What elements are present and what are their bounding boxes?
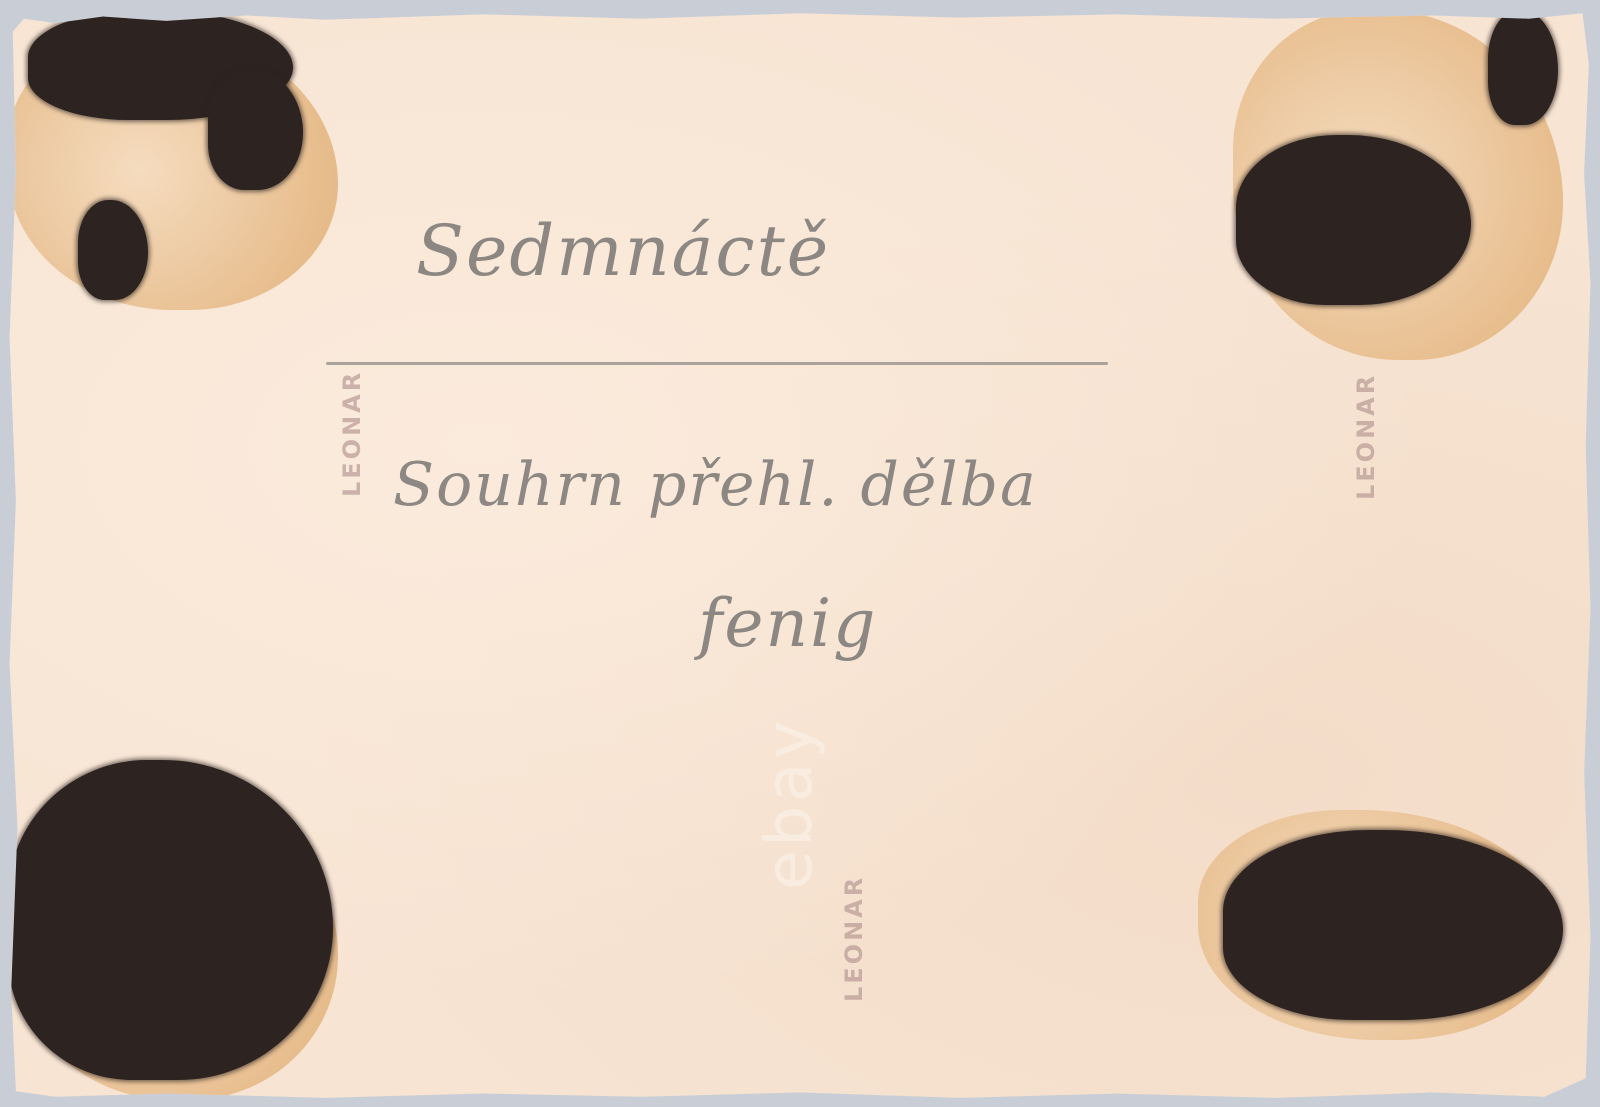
leonar-stamp-right: LEONAR xyxy=(1352,373,1380,500)
leonar-stamp-bottom: LEONAR xyxy=(840,875,868,1002)
leonar-stamp-left: LEONAR xyxy=(338,370,366,497)
inscription-line-3: fenig xyxy=(698,585,877,662)
inscription-line-2: Souhrn přehl. dělba xyxy=(393,450,1038,520)
mount-residue-top-right-b xyxy=(1488,10,1558,125)
watermark: ebay xyxy=(753,717,827,890)
mount-residue-bottom-left xyxy=(8,760,333,1080)
mount-residue-top-left-c xyxy=(78,200,148,300)
photo-back-card: LEONAR LEONAR LEONAR ebay Sedmnáctě Souh… xyxy=(8,10,1592,1100)
ruled-line xyxy=(326,362,1108,365)
mount-residue-top-left-b xyxy=(208,70,303,190)
inscription-line-1: Sedmnáctě xyxy=(416,210,830,292)
